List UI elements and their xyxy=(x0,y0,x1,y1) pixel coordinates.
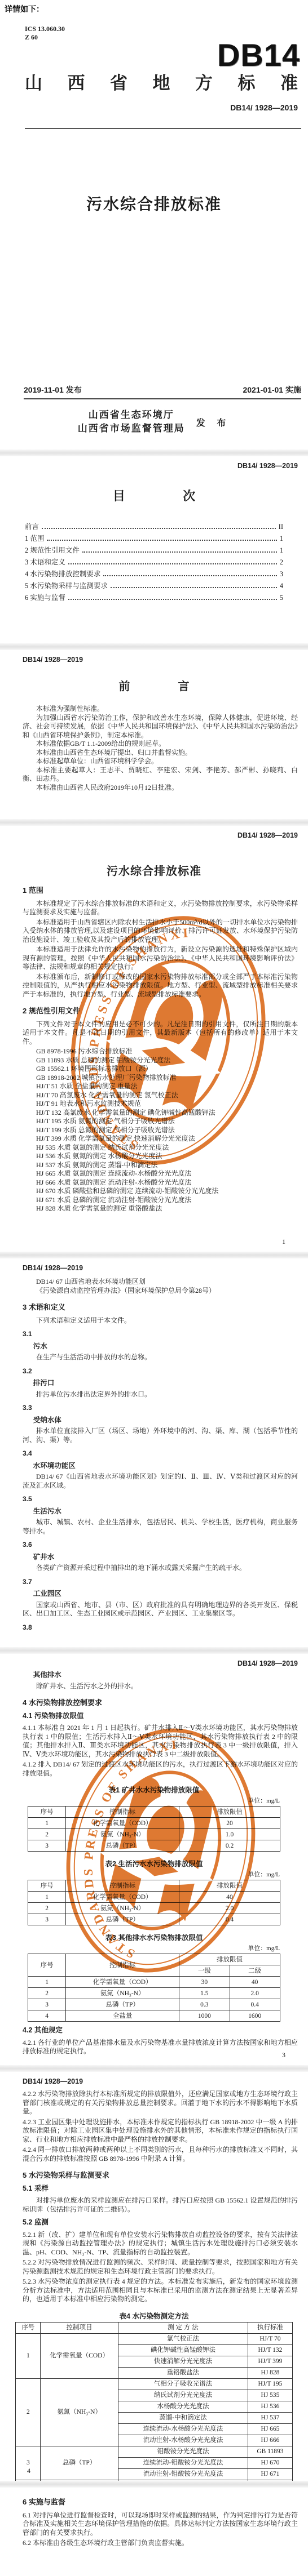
implement-date: 2021-01-01 实施 xyxy=(243,384,301,395)
term-definition: 除矿井水、生活污水之外的排水。 xyxy=(23,1682,298,1691)
col-header: 序号 xyxy=(16,2322,41,2333)
label-char: 西 xyxy=(68,69,85,94)
term-name: 水环境功能区 xyxy=(33,1462,298,1471)
table-row: 2 氨氮（NH₃-N） 1.0 xyxy=(28,1829,280,1840)
reference-item: GB 15562.1 环境图形标志排放口（源） xyxy=(36,1065,298,1074)
reference-item: GB 8978-1996 污水综合排放标准 xyxy=(36,1047,298,1056)
standard-page-2: DB14/ 1928—2019 DB14/ 67 山西省地表水环境功能区划 《污… xyxy=(0,1258,308,1647)
table2-title: 表2 生活污水水污染物排放限值 xyxy=(0,1858,308,1868)
toc-pagenum: 5 xyxy=(280,592,283,604)
reference-item: GB 18918-2002 城镇污水处理厂污染物排放标准 xyxy=(36,1074,298,1083)
clause-6-1: 6.1 对排污单位进行监督检查时，可以现场即时采样或监测的结果，作为判定排污行为… xyxy=(23,2511,298,2538)
section-4-1-heading: 4.1 污染物排放限值 xyxy=(23,1712,298,1721)
standard-page-4: DB14/ 1928—2019 4.2.2 水污染物排放除执行本标准所规定的排放… xyxy=(0,2072,308,2481)
clause-4-1-2: 4.1.2 排入 DB14/ 67 划定的过渡区水环境功能区的污水，执行过渡区下… xyxy=(23,1760,298,1778)
toc-pagenum: II xyxy=(279,521,283,533)
col-header: 序号 xyxy=(28,1807,66,1818)
reference-item: HJ 671 水质 总磷的测定 流动注射-钼酸铵分光光度法 xyxy=(36,1196,298,1205)
page-header: DB14/ 1928—2019 xyxy=(0,462,298,470)
toc-leader xyxy=(68,563,277,564)
foreword-para: 本标准起草单位：山西省环境科学学会。 xyxy=(23,757,298,766)
reference-item: HJ 666 水质 氨氮的测定 流动注射-水杨酸分光光度法 xyxy=(36,1178,298,1187)
scope-para: 本标准颁布后，新制修订或修改的国家水污染物排放标准部分或全部严于本标准污染物控制… xyxy=(23,973,298,999)
dates-row: 2019-11-01 发布 2021-01-01 实施 xyxy=(24,384,301,399)
scope-para: 本标准适用于法律允许的水污染物的排放行为，新设立污染源的选址和特殊保护区域内现有… xyxy=(23,945,298,972)
term-name: 其他排水 xyxy=(33,1671,298,1680)
toc-item: 4 水污染物排放控制要求3 xyxy=(25,568,283,580)
table-row: 2 氨氮（NH₃-N） 1.5 2.0 xyxy=(28,1988,280,1999)
section-5-1-heading: 5.1 采样 xyxy=(23,2185,298,2194)
term-number: 3.2 xyxy=(23,1367,298,1376)
col-header: 序号 xyxy=(28,1880,66,1892)
section-6-heading: 6 实施与监督 xyxy=(23,2498,298,2507)
page-header: DB14/ 1928—2019 xyxy=(0,1660,298,1667)
term-entry: 3.2 排污口 排污单位污水排出法定界外的排水口。 xyxy=(23,1367,298,1399)
section-5-heading: 5 水污染物采样与监测要求 xyxy=(23,2171,298,2180)
term-definition: DB14/ 67《山西省地表水环境功能区划》划定的Ⅰ、Ⅱ、Ⅲ、Ⅳ、Ⅴ类和过渡区对… xyxy=(23,1472,298,1490)
issuer-block: 山西省生态环境厅 山西省市场监督管理局 发 布 xyxy=(0,408,308,435)
cover-title: 污水综合排放标准 xyxy=(0,192,308,215)
toc-page: DB14/ 1928—2019 目 次 前言II 1 范围1 2 规范性引用文件… xyxy=(0,456,308,643)
term-entry: 3.5 生活污水 城市、城镇、农村、企业生活排水，包括居民、机关、学校生活，医疗… xyxy=(23,1495,298,1536)
page-header: DB14/ 1928—2019 xyxy=(0,831,298,839)
table2-domestic-sewage-limits: 序号 控制指标 排放限值 1 化学需氧量（COD） 40 2 氨氮（NH₃-N）… xyxy=(28,1880,280,1925)
table1-title: 表1 矿井水水污染物排放限值 xyxy=(0,1785,308,1795)
reference-item: HJ/T 91 地表水和污水监测技术规范 xyxy=(36,1100,298,1109)
table-row: 3 总磷（TP） 0.4 xyxy=(28,1914,280,1925)
label-char: 山 xyxy=(25,69,42,94)
reference-item: HJ 535 水质 氨氮的测定 纳氏试剂分光光度法 xyxy=(36,1144,298,1153)
toc-item: 3 术语和定义2 xyxy=(25,557,283,568)
col-subheader: 一级 xyxy=(179,1965,230,1977)
toc-pagenum: 1 xyxy=(280,545,283,557)
standard-number: DB14/ 1928—2019 xyxy=(0,103,298,112)
toc-pagenum: 2 xyxy=(280,557,283,568)
foreword-para: 为加强山西省水污染防治工作，保护和改善水生态环境，保障人体健康，促进环境、经济、… xyxy=(23,714,298,740)
reference-item: GB 11893 水质 总磷的测定 钼酸铵分光光度法 xyxy=(36,1056,298,1065)
references-intro: 下列文件对于本文件的应用是必不可少的。凡是注日期的引用文件，仅所注日期的版本适用… xyxy=(23,1020,298,1047)
table-row: 2 氨氮（NH₃-N） 气相分子吸收光谱法 HJ/T 195 xyxy=(16,2378,292,2390)
toc-item: 5 水污染物采样与监测要求4 xyxy=(25,580,283,592)
reference-item: HJ/T 132 高氯废水 化学需氧量的测定 碘化钾碱性高锰酸钾法 xyxy=(36,1109,298,1118)
term-name: 排污口 xyxy=(33,1379,298,1388)
table3-other-drainage-limits: 序号 控制指标 排放限值 一级 二级 1 化学需氧量（COD） 30 40 2 … xyxy=(28,1954,280,2022)
term-number: 3.6 xyxy=(23,1541,298,1550)
foreword-title: 前 言 xyxy=(0,677,308,693)
table-row: 1 化学需氧量（COD） 30 40 xyxy=(28,1977,280,1988)
term-entry: 3.3 受纳水体 排水单位直接排入厂区（场区、场地）外环境中的河、沟、渠、库、湖… xyxy=(23,1404,298,1444)
term-number: 3.5 xyxy=(23,1495,298,1504)
toc-leader xyxy=(42,528,276,529)
term-definition: 排污单位污水排出法定界外的排水口。 xyxy=(23,1390,298,1399)
section-5-2-heading: 5.2 监测 xyxy=(23,2218,298,2227)
toc-item: 6 实施与监督5 xyxy=(25,592,283,604)
table3-title: 表3 其他排水水污染物排放限值 xyxy=(0,1932,308,1942)
standard-title: 污水综合排放标准 xyxy=(0,862,308,878)
reference-item: HJ 670 水质 磷酸盐和总磷的测定 连续流动-钼酸铵分光光度法 xyxy=(36,1187,298,1196)
table4-measurement-methods: 序号 控制项目 测 定 方 法 执行标准 1 化学需氧量（COD） 氯气校正法 … xyxy=(15,2322,292,2481)
reference-item: HJ/T 195 水质 氨氮的测定 气相分子吸收光谱法 xyxy=(36,1117,298,1126)
toc-leader xyxy=(103,575,276,576)
toc-leader xyxy=(111,587,277,588)
table-row: 1 化学需氧量（COD） 40 xyxy=(28,1892,280,1903)
term-definition: 国家或山西省、地市、县（市、区）政府批准的具有明确地理边界的各类开发区、保税区、… xyxy=(23,1601,298,1618)
col-header: 控制指标 xyxy=(66,1807,179,1818)
toc-title: 目 次 xyxy=(0,487,308,504)
db14-logo: DB14 xyxy=(217,39,300,71)
section-4-2-heading: 4.2 其他规定 xyxy=(23,2026,298,2035)
toc-label: 5 水污染物采样与监测要求 xyxy=(25,580,108,592)
page-gap xyxy=(0,450,308,456)
reference-item: DB14/ 67 山西省地表水环境功能区划 xyxy=(36,1278,298,1287)
term-entry: 3.4 水环境功能区 DB14/ 67《山西省地表水环境功能区划》划定的Ⅰ、Ⅱ、… xyxy=(23,1449,298,1490)
scope-para: 本标准适用于山西省辖区内除农村生活排水小于500m³/d以外的一切排水单位水污染… xyxy=(23,918,298,945)
toc-label: 6 实施与监督 xyxy=(25,592,65,604)
reference-item: HJ/T 70 高氯废水 化学需氧量的测定 氯气校正法 xyxy=(36,1091,298,1100)
term-number: 3.4 xyxy=(23,1449,298,1458)
toc-leader xyxy=(68,599,277,600)
foreword-page: DB14/ 1928—2019 前 言 本标准为强制性标准。 为加强山西省水污染… xyxy=(0,650,308,819)
toc-pagenum: 1 xyxy=(280,533,283,545)
col-header: 排放限值 xyxy=(179,1954,280,1965)
toc-label: 前言 xyxy=(25,521,39,533)
term-name: 矿井水 xyxy=(33,1553,298,1562)
page-gap xyxy=(0,2481,308,2488)
page-gap xyxy=(0,643,308,650)
reference-item: HJ/T 51 水质 全盐量的测定 重量法 xyxy=(36,1082,298,1091)
page-gap xyxy=(0,1647,308,1654)
standard-page-3: DB14/ 1928—2019 其他排水 除矿井水、生活污水之外的排水。 4 水… xyxy=(0,1654,308,2065)
table-row: 3 总磷（TP） 钼酸铵分光光度法 GB 11893 xyxy=(16,2446,292,2457)
table-row: 1 化学需氧量（COD） 氯气校正法 HJ/T 70 xyxy=(16,2333,292,2344)
foreword-para: 本标准由山西省人民政府2019年10月12日批准。 xyxy=(23,784,298,793)
label-char: 地 xyxy=(153,69,170,94)
scope-para: 本标准规定了污水综合排放标准的术语和定义，水污染物排放控制要求，水污染物采样与监… xyxy=(23,900,298,917)
term-name: 污水 xyxy=(33,1342,298,1351)
toc-leader xyxy=(82,551,277,553)
toc-label: 1 范围 xyxy=(25,533,44,545)
reference-item: HJ/T 399 水质 化学需氧量的测定 快速消解分光光度法 xyxy=(36,1134,298,1144)
section-4-heading: 4 水污染物排放控制要求 xyxy=(23,1698,298,1707)
foreword-para: 本标准为强制性标准。 xyxy=(23,705,298,714)
term-definition: 各类矿产资源开采过程中抽排出的地下涌水或露天采掘产生的疏干水。 xyxy=(23,1564,298,1573)
col-subheader: 二级 xyxy=(230,1965,280,1977)
sampling-para: 对排污单位废水的采样监测应在排污口采样。排污口应按照 GB 15562.1 设置… xyxy=(23,2196,298,2214)
page-gap xyxy=(0,1252,308,1258)
term-name: 受纳水体 xyxy=(33,1416,298,1425)
toc-item: 前言II xyxy=(25,521,283,533)
standard-page-5: 6 实施与监督 6.1 对排污单位进行监督检查时，可以现场即时采样或监测的结果，… xyxy=(0,2488,308,2575)
label-char: 方 xyxy=(195,69,213,94)
col-header: 执行标准 xyxy=(248,2322,292,2333)
table4-title: 表4 水污染物测定方法 xyxy=(0,2311,308,2321)
standard-page-1: DB14/ 1928—2019 污水综合排放标准 1 范围 本标准规定了污水综合… xyxy=(0,826,308,1252)
toc-label: 4 水污染物排放控制要求 xyxy=(25,568,100,580)
page-gap xyxy=(0,819,308,826)
toc-label: 2 规范性引用文件 xyxy=(25,545,80,557)
clause-4-2-3: 4.2.3 工业园区集中处理设施排水，本标准未作规定的指标执行 GB 18918… xyxy=(23,2118,298,2145)
col-header: 控制指标 xyxy=(66,1954,179,1977)
table-row: 2 氨氮（NH₃-N） 2.0 xyxy=(28,1903,280,1914)
cover-page: ICS 13.060.30 Z 60 DB14 山 西 省 地 方 标 准 DB… xyxy=(0,17,308,450)
clause-5-2-3: 5.2.3 水污染物浓度的测定执行表 4 规定的方法。本标准发布实施后，新发布的… xyxy=(23,2277,298,2304)
section-1-heading: 1 范围 xyxy=(23,886,298,895)
toc-pagenum: 4 xyxy=(280,580,283,592)
clause-5-2-2: 5.2.2 对污染物排放情况进行监测的频次、采样时间、质量控制等要求，按照国家和… xyxy=(23,2258,298,2276)
col-header: 测 定 方 法 xyxy=(118,2322,248,2333)
clause-4-2-4: 4.2.4 同一排放口排放两种或两种以上不同类别的污水，且每种污水的排放标准又不… xyxy=(23,2146,298,2163)
reference-item: HJ 537 水质 氨氮的测定 蒸馏-中和滴定法 xyxy=(36,1161,298,1170)
term-number: 3.3 xyxy=(23,1404,298,1413)
col-header: 排放限值 xyxy=(179,1880,280,1892)
clause-4-1-1: 4.1.1 本标准自 2021 年 1 月 1 日起执行。矿井水排入Ⅱ～Ⅴ类水环… xyxy=(23,1724,298,1759)
reference-list-continued: DB14/ 67 山西省地表水环境功能区划 《污染源自动监控管理办法》（国家环境… xyxy=(36,1278,298,1295)
term-entry: 3.7 工业园区 国家或山西省、地市、县（市、区）政府批准的具有明确地理边界的各… xyxy=(23,1578,298,1618)
page-header: DB14/ 1928—2019 xyxy=(23,1264,308,1272)
section-2-heading: 2 规范性引用文件 xyxy=(23,1007,298,1016)
ics-code: ICS 13.060.30 xyxy=(25,25,308,33)
toc-list: 前言II 1 范围1 2 规范性引用文件1 3 术语和定义2 4 水污染物排放控… xyxy=(25,521,283,604)
table-row: 1 化学需氧量（COD） 20 xyxy=(28,1818,280,1829)
toc-leader xyxy=(47,540,276,541)
reference-item: HJ 665 水质 氨氮的测定 连续流动-水杨酸分光光度法 xyxy=(36,1169,298,1178)
col-header: 控制指标 xyxy=(66,1880,179,1892)
details-caption: 详情如下： xyxy=(0,0,308,17)
foreword-para: 本标准由山西省生态环境厅提出、归口并监督实施。 xyxy=(23,749,298,758)
toc-pagenum: 3 xyxy=(280,568,283,580)
reference-item: HJ 828 水质 化学需氧量的测定 重铬酸盐法 xyxy=(36,1204,298,1213)
issuer-2: 山西省市场监督管理局 xyxy=(78,422,185,435)
term-name: 工业园区 xyxy=(33,1590,298,1599)
foreword-para: 本标准依据GB/T 1.1-2009给出的规则起草。 xyxy=(23,740,298,749)
table1-unit: 单位：mg/L xyxy=(0,1796,280,1805)
clause-4-2-1: 4.2.1 各行业的单位产品基准排水量及水污染物基准水量排放浓度计算方法按国家和… xyxy=(23,2039,298,2056)
table1-mine-water-limits: 序号 控制指标 排放限值 1 化学需氧量（COD） 20 2 氨氮（NH₃-N）… xyxy=(28,1806,280,1852)
page-header: DB14/ 1928—2019 xyxy=(23,656,308,664)
toc-label: 3 术语和定义 xyxy=(25,557,65,568)
reference-item: 《污染源自动监控管理办法》（国家环境保护总局令第28号） xyxy=(36,1287,298,1296)
terms-intro: 下列术语和定义适用于本文件。 xyxy=(23,1316,298,1325)
term-definition: 城市、城镇、农村、企业生活排水，包括居民、机关、学校生活，医疗机构，商业服务等排… xyxy=(23,1518,298,1536)
col-header: 序号 xyxy=(28,1954,66,1977)
clause-5-2-1: 5.2.1 新（改、扩）建单位和现有单位安装水污染物排放自动监控设备的要求，按有… xyxy=(23,2231,298,2257)
page-number: 3 xyxy=(282,2051,285,2059)
term-name: 生活污水 xyxy=(33,1507,298,1516)
table-row: 4 全盐量 1000 1600 xyxy=(28,2010,280,2022)
term-number: 3.7 xyxy=(23,1578,298,1587)
page-number: 4 xyxy=(27,2467,30,2475)
foreword-para: 本标准主要起草人：王志平、贾晓红、李建宏、宋剑、李艳芳、郝严彬、孙晓莉、白衡、田… xyxy=(23,766,298,784)
reference-item: HJ/T 199 水质 总氮的测定 气相分子吸收光谱法 xyxy=(36,1126,298,1135)
foreword-body: 本标准为强制性标准。 为加强山西省水污染防治工作，保护和改善水生态环境，保障人体… xyxy=(23,705,298,792)
table-row: 3 总磷（TP） 0.2 xyxy=(28,1840,280,1852)
section-3-heading: 3 术语和定义 xyxy=(23,1303,298,1312)
col-header: 排放限值 xyxy=(179,1807,280,1818)
term-entry: 3.1 污水 在生产与生活活动中排放的水的总称。 xyxy=(23,1330,298,1362)
term-entry: 3.6 矿井水 各类矿产资源开采过程中抽排出的地下涌水或露天采掘产生的疏干水。 xyxy=(23,1541,298,1573)
table2-unit: 单位：mg/L xyxy=(0,1870,280,1879)
term-definition: 排水单位直接排入厂区（场区、场地）外环境中的河、沟、渠、库、湖（包括季节性的河、… xyxy=(23,1427,298,1444)
table-row: 4 全盐量 重量法 HJ/T 51 xyxy=(16,2480,292,2481)
toc-item: 2 规范性引用文件1 xyxy=(25,545,283,557)
col-header: 控制项目 xyxy=(41,2322,118,2333)
clause-4-2-2: 4.2.2 水污染物排放除执行本标准所规定的排放限值外，还应满足国家或地方生态环… xyxy=(23,2090,298,2116)
clause-6-2: 6.2 本标准由各级生态环境行政主管部门负责监督实施。 xyxy=(23,2539,298,2548)
page-number: 1 xyxy=(282,1238,285,1246)
issuer-1: 山西省生态环境厅 xyxy=(78,408,185,422)
term-number: 3.1 xyxy=(23,1330,298,1339)
label-char: 省 xyxy=(110,69,127,94)
reference-list: GB 8978-1996 污水综合排放标准 GB 11893 水质 总磷的测定 … xyxy=(36,1047,298,1213)
cover-rule xyxy=(25,128,301,129)
reference-item: HJ 536 水质 氨氮的测定 水杨酸分光光度法 xyxy=(36,1152,298,1161)
toc-item: 1 范围1 xyxy=(25,533,283,545)
publish-label: 发 布 xyxy=(196,416,230,429)
issue-date: 2019-11-01 发布 xyxy=(24,384,82,395)
term-number-3-8: 3.8 xyxy=(23,1623,298,1632)
table-row: 3 总磷（TP） 0.3 0.4 xyxy=(28,1999,280,2010)
term-definition: 在生产与生活活动中排放的水的总称。 xyxy=(23,1353,298,1362)
table3-unit: 单位：mg/L xyxy=(0,1943,280,1952)
page-gap xyxy=(0,2065,308,2072)
page-header: DB14/ 1928—2019 xyxy=(23,2077,308,2085)
